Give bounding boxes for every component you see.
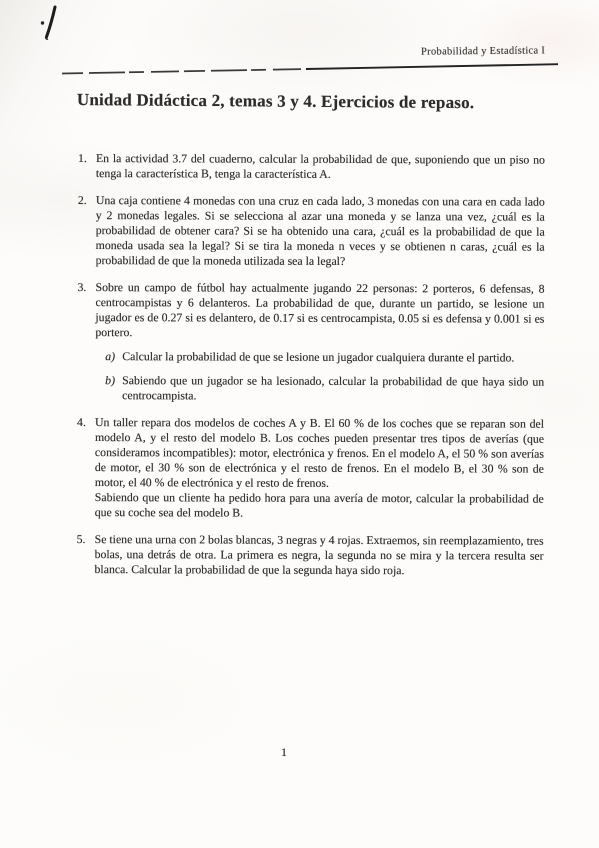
exercise-4-question: Sabiendo que un cliente ha pedido hora p… — [95, 490, 544, 522]
exercise-3a-label: a) — [105, 349, 115, 364]
exercise-3a: a) Calcular la probabilidad de que se le… — [95, 349, 544, 366]
exercise-2-text: Una caja contiene 4 monedas con una cruz… — [96, 193, 545, 270]
exercise-2-number: 2. — [78, 193, 87, 208]
exercise-5-text: Se tiene una urna con 2 bolas blancas, 3… — [95, 532, 544, 579]
exercise-3b-label: b) — [105, 373, 115, 388]
exercise-5-number: 5. — [77, 532, 86, 547]
page-title: Unidad Didáctica 2, temas 3 y 4. Ejercic… — [77, 90, 475, 113]
exercise-1: 1. En la actividad 3.7 del cuaderno, cal… — [79, 151, 545, 183]
exercise-3: 3. Sobre un campo de fútbol hay actualme… — [78, 280, 544, 405]
exercise-3b: b) Sabiendo que un jugador se ha lesiona… — [95, 373, 544, 405]
exercise-2: 2. Una caja contiene 4 monedas con una c… — [79, 193, 545, 270]
page-number: 1 — [281, 745, 287, 760]
exercise-3a-text: Calcular la probabilidad de que se lesio… — [122, 349, 544, 365]
handwritten-slash-mark — [28, 3, 72, 47]
exercise-5: 5. Se tiene una urna con 2 bolas blancas… — [78, 532, 544, 579]
exercise-3b-text: Sabiendo que un jugador se ha lesionado,… — [122, 373, 544, 404]
exercise-4-text: Un taller repara dos modelos de coches A… — [95, 415, 544, 492]
exercise-4-number: 4. — [77, 415, 86, 430]
running-header: Probabilidad y Estadística I — [421, 45, 545, 57]
scanned-page: Probabilidad y Estadística I Unidad Didá… — [0, 0, 599, 848]
exercise-3-number: 3. — [77, 280, 86, 295]
exercise-1-number: 1. — [78, 151, 87, 166]
exercise-list: 1. En la actividad 3.7 del cuaderno, cal… — [77, 151, 545, 591]
exercise-3-text: Sobre un campo de fútbol hay actualmente… — [95, 280, 544, 342]
exercise-1-text: En la actividad 3.7 del cuaderno, calcul… — [96, 151, 545, 183]
header-rule — [60, 58, 562, 78]
exercise-4: 4. Un taller repara dos modelos de coche… — [78, 415, 544, 522]
